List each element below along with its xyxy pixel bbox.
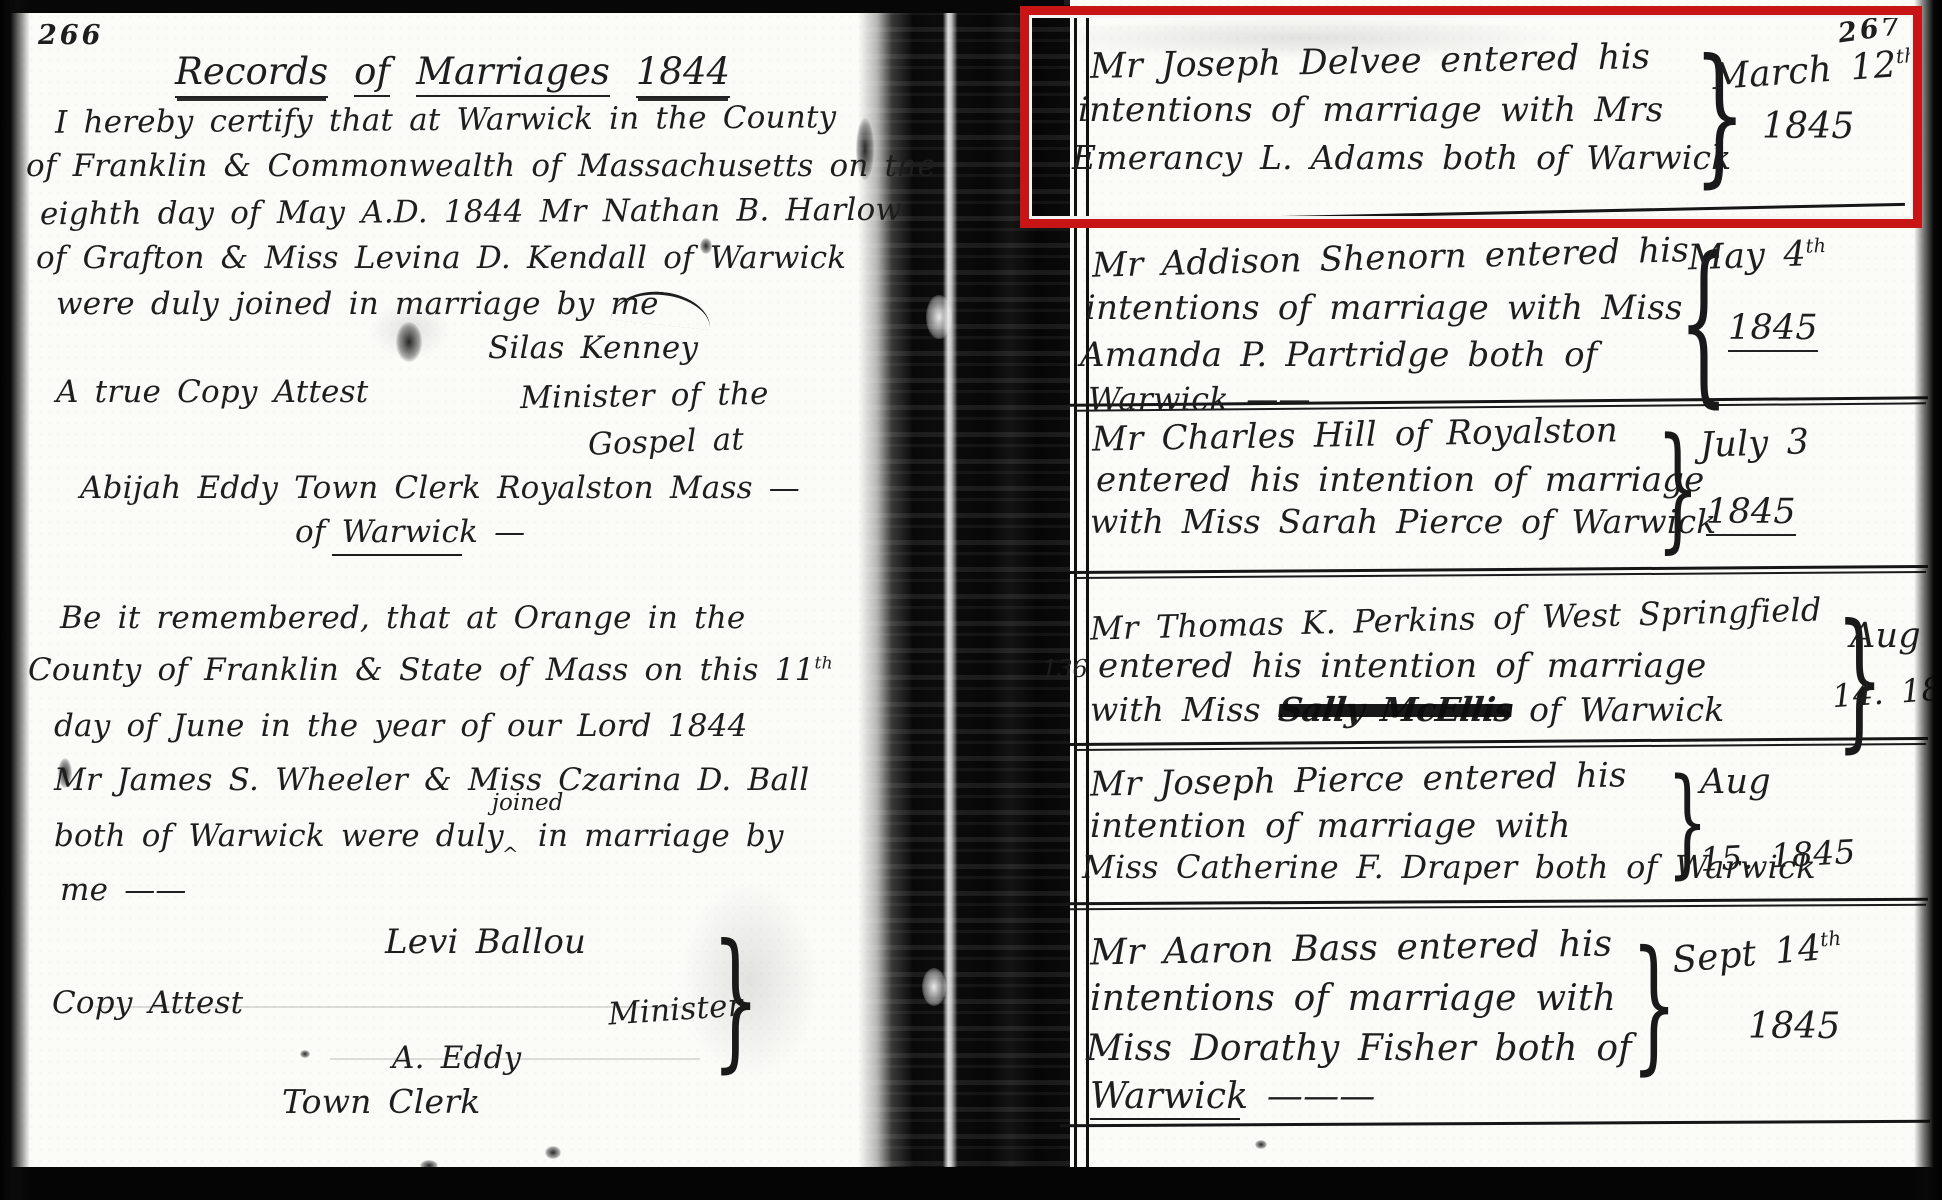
highlight-box bbox=[1020, 6, 1922, 228]
underline-mark bbox=[332, 554, 462, 556]
scan-edge-left bbox=[0, 0, 30, 1200]
entry-date: 1845 bbox=[1748, 1006, 1840, 1047]
title-word: Records bbox=[175, 50, 328, 98]
page-title: RecordsofMarriages1844 bbox=[175, 50, 756, 93]
underline-mark bbox=[1090, 1118, 1240, 1120]
entry-line: Warwick —— bbox=[1088, 380, 1311, 418]
record-line: day of June in the year of our Lord 1844 bbox=[54, 708, 748, 744]
gutter-highlight-spot bbox=[926, 295, 952, 339]
entry-line: entered his intention of marriage bbox=[1096, 460, 1704, 500]
insertion-mark: joined^ bbox=[504, 836, 520, 846]
record-line: I hereby certify that at Warwick in the … bbox=[55, 99, 837, 140]
margin-note: 136 bbox=[1042, 655, 1088, 683]
brace-mark: } bbox=[1656, 420, 1699, 555]
record-line: both of Warwick were dulyjoined^in marri… bbox=[54, 818, 784, 854]
ink-blot bbox=[1255, 1140, 1267, 1149]
page-number-left: 266 bbox=[38, 20, 103, 51]
document-scan: 266 RecordsofMarriages1844 I hereby cert… bbox=[0, 0, 1942, 1200]
clerk-title: Town Clerk bbox=[282, 1082, 480, 1121]
entry-separator-line bbox=[1070, 737, 1928, 746]
ink-blot bbox=[300, 1050, 310, 1058]
superscript: th bbox=[815, 654, 833, 674]
entry-date: Sept 14th bbox=[1671, 926, 1844, 982]
scan-edge-bottom bbox=[0, 1167, 1942, 1200]
clerk-line: Abijah Eddy Town Clerk Royalston Mass — bbox=[80, 470, 800, 506]
record-line: Mr James S. Wheeler & Miss Czarina D. Ba… bbox=[54, 762, 809, 798]
place-line: of Warwick — bbox=[295, 514, 525, 550]
inserted-word: joined bbox=[492, 790, 563, 816]
record-line: County of Franklin & State of Mass on th… bbox=[28, 652, 833, 688]
entry-date: 1845 bbox=[1728, 308, 1818, 348]
entry-line: Mr Joseph Pierce entered his bbox=[1090, 755, 1627, 804]
signature: Silas Kenney bbox=[488, 330, 698, 366]
record-line: me —— bbox=[60, 872, 187, 908]
entry-separator-line bbox=[1066, 898, 1928, 906]
entry-line: with Miss Sally McEllis of Warwick bbox=[1090, 690, 1725, 729]
entry-date: Aug bbox=[1700, 762, 1771, 802]
minister-line: Gospel at bbox=[587, 421, 744, 462]
record-line: of Grafton & Miss Levina D. Kendall of W… bbox=[36, 240, 846, 276]
crossed-out-name: Sally McEllis bbox=[1276, 690, 1513, 729]
gutter-highlight-spot bbox=[922, 968, 946, 1006]
entry-line: intentions of marriage with Miss bbox=[1085, 288, 1683, 328]
minister-line: Minister of the bbox=[520, 376, 769, 416]
ink-blot bbox=[545, 1146, 561, 1159]
attest-line: A true Copy Attest bbox=[56, 374, 368, 410]
entry-line: Mr Addison Shenorn entered his bbox=[1092, 230, 1690, 286]
entry-line: Warwick ——— bbox=[1090, 1076, 1376, 1117]
record-line: eighth day of May A.D. 1844 Mr Nathan B.… bbox=[40, 192, 902, 233]
title-word: Marriages bbox=[416, 50, 610, 97]
entry-line: intention of marriage with bbox=[1090, 806, 1571, 846]
record-line: Be it remembered, that at Orange in the bbox=[60, 600, 745, 636]
record-line: of Franklin & Commonwealth of Massachuse… bbox=[26, 148, 936, 184]
entry-line: entered his intention of marriage bbox=[1098, 646, 1706, 686]
entry-line: Amanda P. Partridge both of bbox=[1080, 335, 1598, 375]
entry-line: intentions of marriage with bbox=[1090, 978, 1616, 1019]
entry-date: 15. 1845 bbox=[1699, 832, 1856, 879]
entry-line: Mr Charles Hill of Royalston bbox=[1092, 410, 1619, 459]
signature: Levi Ballou bbox=[385, 922, 586, 962]
entry-line: Mr Aaron Bass entered his bbox=[1090, 923, 1613, 973]
entry-date: Aug bbox=[1850, 616, 1921, 656]
title-word: of bbox=[354, 50, 390, 97]
brace-mark: } bbox=[1631, 932, 1677, 1077]
ink-blot bbox=[396, 322, 422, 362]
entry-line: with Miss Sarah Pierce of Warwick bbox=[1090, 502, 1717, 541]
brace-mark: } bbox=[712, 925, 760, 1075]
entry-separator-line bbox=[1070, 565, 1928, 574]
scan-edge-top bbox=[0, 0, 1064, 13]
title-word: 1844 bbox=[636, 50, 730, 98]
entry-date: 1845 bbox=[1706, 492, 1796, 532]
entry-separator-line bbox=[1060, 1120, 1930, 1128]
caret-icon: ^ bbox=[502, 842, 519, 866]
entry-date: July 3 bbox=[1699, 422, 1809, 466]
record-line: were duly joined in marriage by me bbox=[56, 286, 659, 322]
entry-date: May 4th bbox=[1687, 234, 1827, 279]
clerk-name: A. Eddy bbox=[392, 1040, 521, 1076]
entry-line: Mr Thomas K. Perkins of West Springfield bbox=[1090, 590, 1822, 647]
attest-line: Copy Attest bbox=[52, 985, 243, 1021]
entry-line: Miss Dorathy Fisher both of bbox=[1086, 1028, 1632, 1069]
